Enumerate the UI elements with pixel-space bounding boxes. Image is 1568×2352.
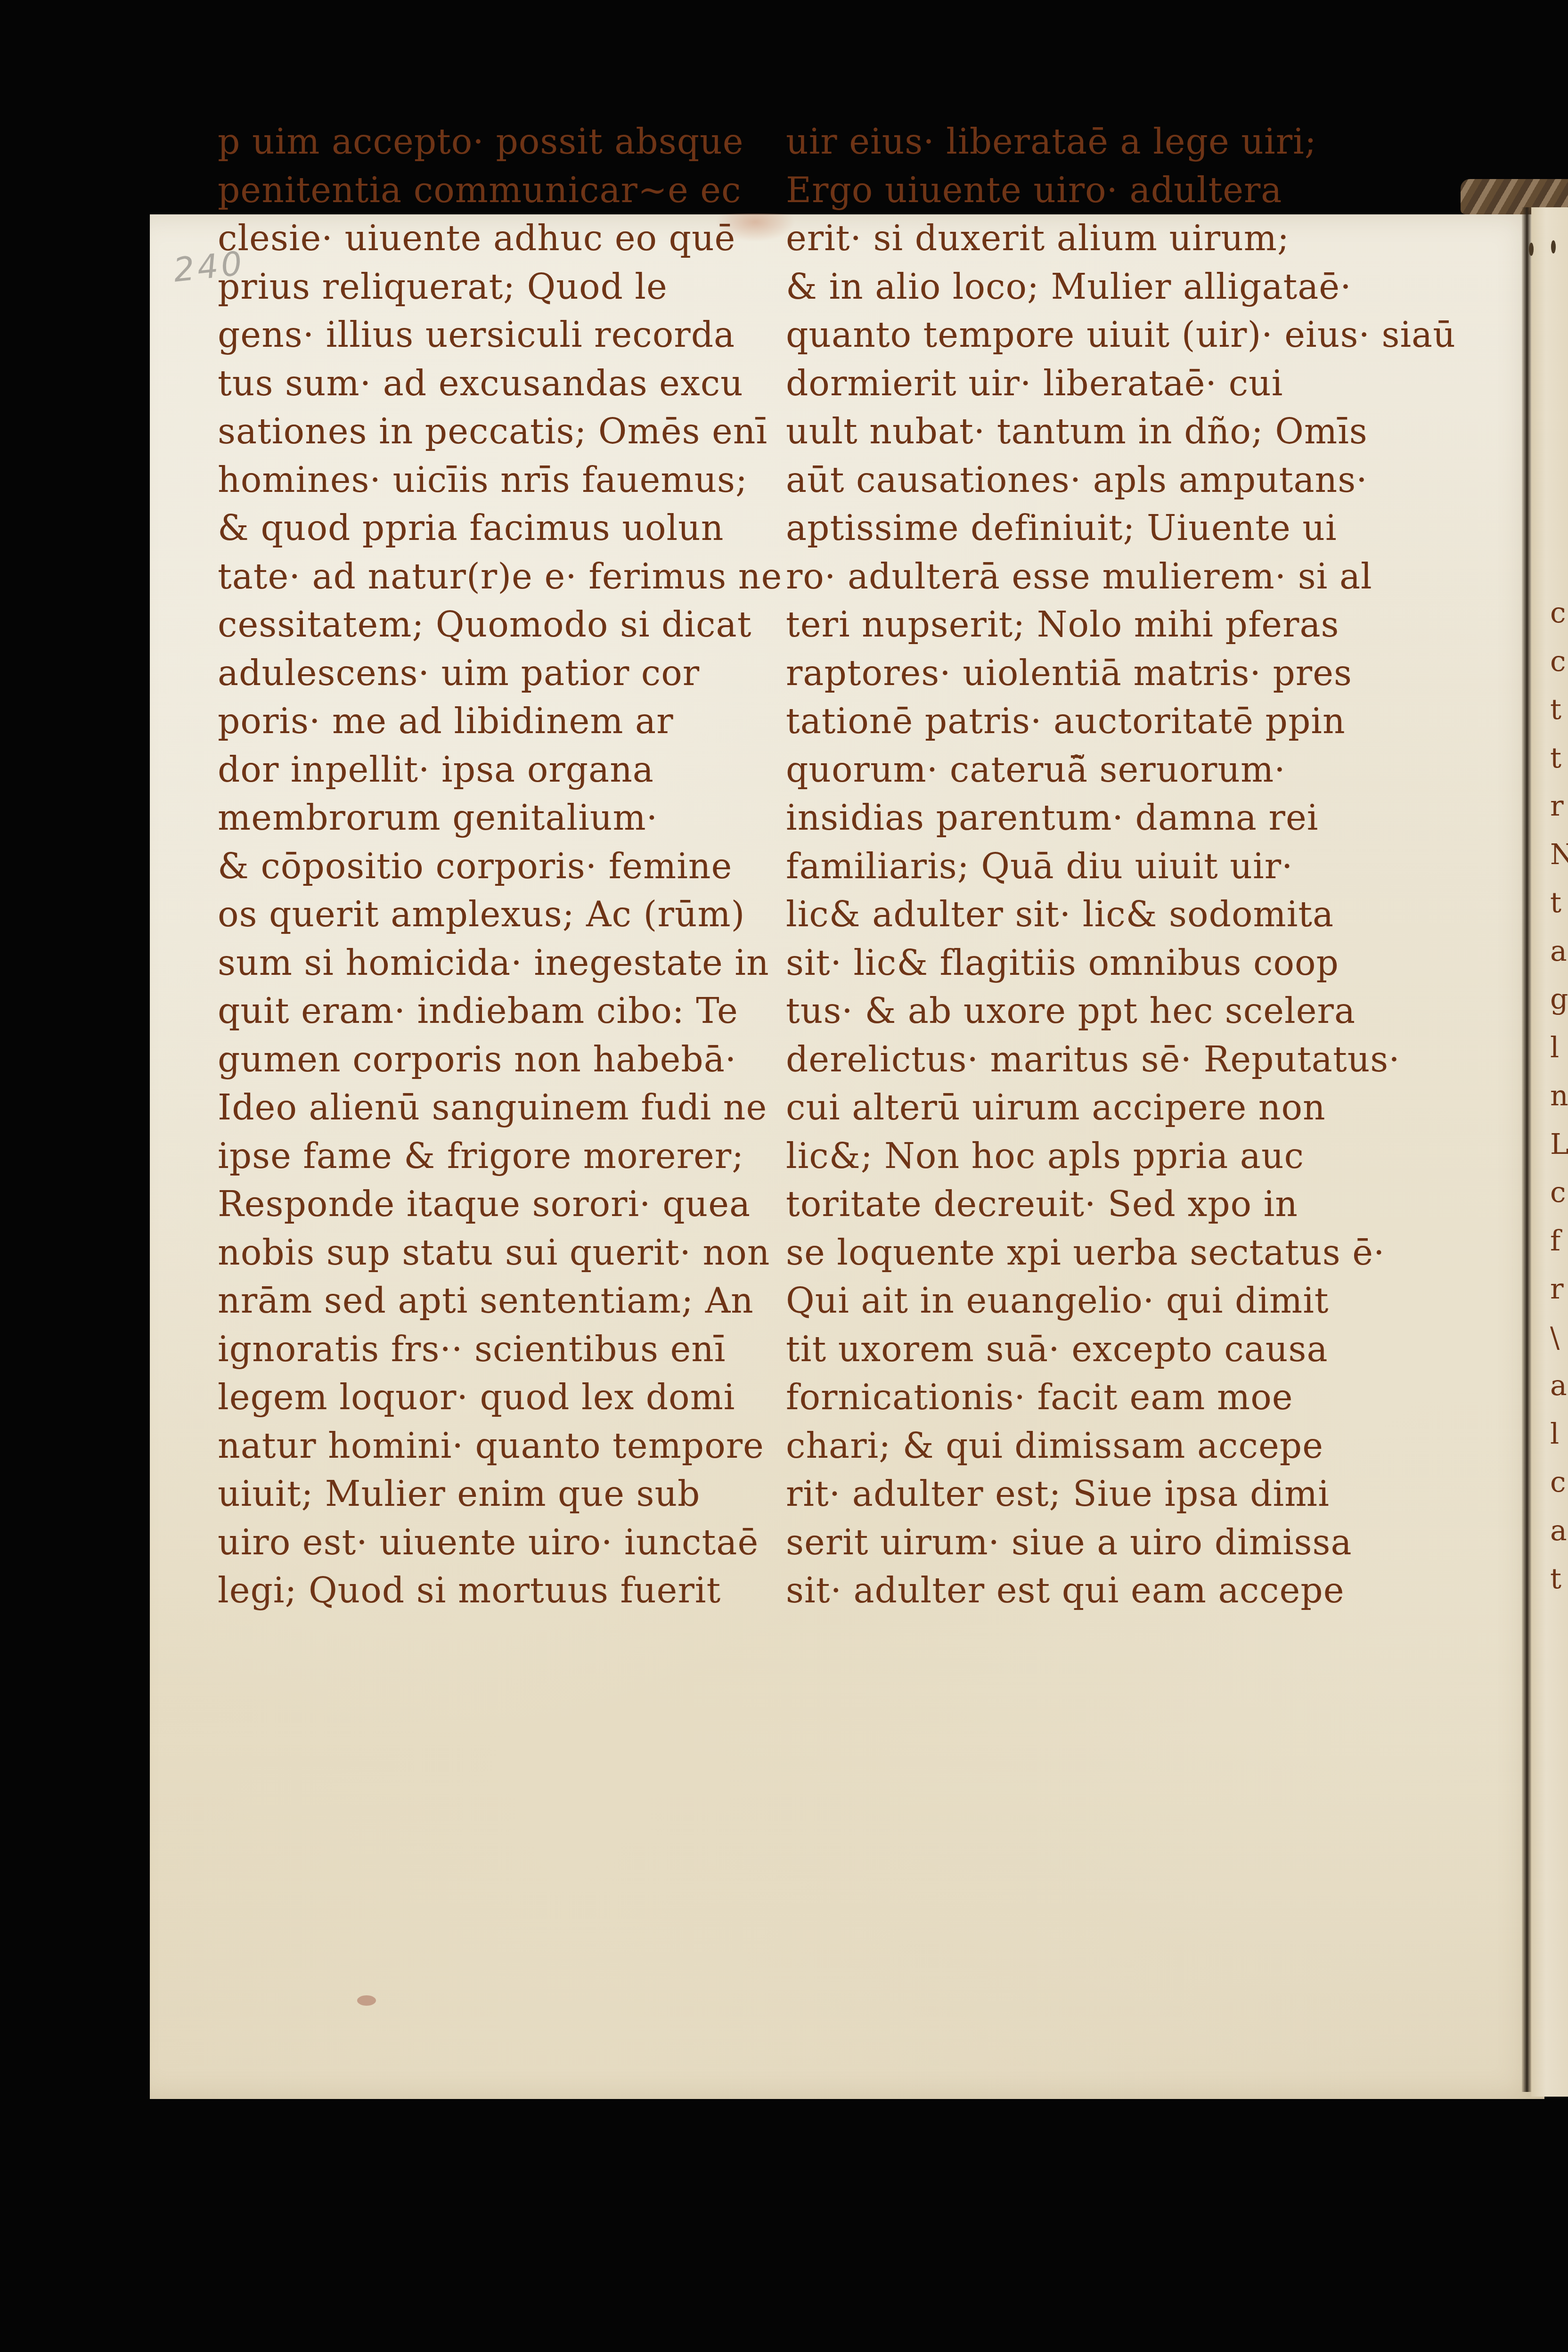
text-line: Qui ait in euangelio· qui dimit bbox=[786, 1277, 1365, 1325]
text-line: natur homini· quanto tempore bbox=[218, 1422, 769, 1470]
facing-letter: t bbox=[1550, 1555, 1568, 1603]
text-line: ro· adulterā esse mulierem· si al bbox=[786, 553, 1365, 601]
text-line: homines· uicīis nrīs fauemus; bbox=[218, 456, 769, 505]
manuscript-viewer: 240 p uim accepto· possit absquepenitent… bbox=[0, 0, 1568, 2352]
text-line: sit· lic& flagitiis omnibus coop bbox=[786, 939, 1365, 988]
text-line: dor inpellit· ipsa organa bbox=[218, 746, 769, 794]
text-line: fornicationis· facit eam moe bbox=[786, 1373, 1365, 1422]
text-line: aūt causationes· apls amputans· bbox=[786, 456, 1365, 505]
text-line: lic& adulter sit· lic& sodomita bbox=[786, 890, 1365, 939]
facing-letter: \ bbox=[1550, 1314, 1568, 1362]
text-line: & in alio loco; Mulier alligataē· bbox=[786, 263, 1365, 311]
text-line: chari; & qui dimissam accepe bbox=[786, 1422, 1365, 1470]
text-line: penitentia communicar~e ec bbox=[218, 166, 769, 215]
ink-spot bbox=[357, 1995, 376, 2006]
text-line: poris· me ad libidinem ar bbox=[218, 697, 769, 746]
facing-letter: L bbox=[1550, 1120, 1568, 1169]
text-line: legi; Quod si mortuus fuerit bbox=[218, 1567, 769, 1615]
facing-letter: c bbox=[1550, 589, 1568, 637]
text-line: tate· ad natur(r)e e· ferimus ne bbox=[218, 553, 769, 601]
text-line: legem loquor· quod lex domi bbox=[218, 1373, 769, 1422]
text-line: uiuit; Mulier enim que sub bbox=[218, 1470, 769, 1519]
facing-letter: c bbox=[1550, 1458, 1568, 1507]
text-line: quit eram· indiebam cibo: Te bbox=[218, 987, 769, 1036]
text-line: tit uxorem suā· excepto causa bbox=[786, 1325, 1365, 1374]
text-line: uir eius· liberataē a lege uiri; bbox=[786, 118, 1365, 166]
text-line: tationē patris· auctoritatē ppin bbox=[786, 697, 1365, 746]
facing-letter: t bbox=[1550, 734, 1568, 783]
text-line: familiaris; Quā diu uiuit uir· bbox=[786, 842, 1365, 891]
text-line: toritate decreuit· Sed xpo in bbox=[786, 1180, 1365, 1229]
facing-page-text: ccttrNtaglnLcfr\alcat bbox=[1550, 589, 1568, 1603]
text-line: nrām sed apti sententiam; An bbox=[218, 1277, 769, 1325]
sewing-hole bbox=[1529, 243, 1534, 256]
binding-gutter bbox=[1522, 207, 1531, 2092]
text-line: dormierit uir· liberataē· cui bbox=[786, 359, 1365, 408]
text-line: Ergo uiuente uiro· adultera bbox=[786, 166, 1365, 215]
text-line: sum si homicida· inegestate in bbox=[218, 939, 769, 988]
text-line: p uim accepto· possit absque bbox=[218, 118, 769, 166]
text-line: clesie· uiuente adhuc eo quē bbox=[218, 214, 769, 263]
text-line: uult nubat· tantum in dño; Omīs bbox=[786, 408, 1365, 456]
facing-letter: a bbox=[1550, 1507, 1568, 1555]
facing-letter: l bbox=[1550, 1024, 1568, 1072]
text-line: erit· si duxerit alium uirum; bbox=[786, 214, 1365, 263]
text-line: raptores· uiolentiā matris· pres bbox=[786, 649, 1365, 698]
text-line: sit· adulter est qui eam accepe bbox=[786, 1567, 1365, 1615]
facing-letter: r bbox=[1550, 1265, 1568, 1314]
facing-letter: l bbox=[1550, 1410, 1568, 1459]
text-line: aptissime definiuit; Uiuente ui bbox=[786, 504, 1365, 553]
text-line: gumen corporis non habebā· bbox=[218, 1036, 769, 1084]
text-line: Responde itaque sorori· quea bbox=[218, 1180, 769, 1229]
sewing-hole bbox=[1551, 240, 1556, 253]
text-line: derelictus· maritus sē· Reputatus· bbox=[786, 1036, 1365, 1084]
text-line: & quod ppria facimus uolun bbox=[218, 504, 769, 553]
facing-letter: N bbox=[1550, 831, 1568, 879]
facing-letter: c bbox=[1550, 1168, 1568, 1217]
facing-letter: t bbox=[1550, 879, 1568, 927]
facing-letter: t bbox=[1550, 686, 1568, 734]
text-line: adulescens· uim patior cor bbox=[218, 649, 769, 698]
text-line: insidias parentum· damna rei bbox=[786, 794, 1365, 842]
text-line: ignoratis frs·· scientibus enī bbox=[218, 1325, 769, 1374]
text-line: ipse fame & frigore morerer; bbox=[218, 1132, 769, 1181]
text-line: nobis sup statu sui querit· non bbox=[218, 1229, 769, 1277]
text-line: uiro est· uiuente uiro· iunctaē bbox=[218, 1519, 769, 1567]
facing-letter: f bbox=[1550, 1217, 1568, 1266]
text-column-left: p uim accepto· possit absquepenitentia c… bbox=[218, 118, 769, 1615]
text-line: se loquente xpi uerba sectatus ē· bbox=[786, 1229, 1365, 1277]
facing-letter: g bbox=[1550, 975, 1568, 1024]
text-line: cessitatem; Quomodo si dicat bbox=[218, 601, 769, 649]
text-line: prius reliquerat; Quod le bbox=[218, 263, 769, 311]
facing-letter: a bbox=[1550, 1362, 1568, 1410]
text-line: serit uirum· siue a uiro dimissa bbox=[786, 1519, 1365, 1567]
text-column-right: uir eius· liberataē a lege uiri;Ergo uiu… bbox=[786, 118, 1365, 1615]
facing-letter: c bbox=[1550, 637, 1568, 686]
text-line: sationes in peccatis; Omēs enī bbox=[218, 408, 769, 456]
text-line: membrorum genitalium· bbox=[218, 794, 769, 842]
text-line: cui alterū uirum accipere non bbox=[786, 1084, 1365, 1132]
text-line: quorum· cateruā̃ seruorum· bbox=[786, 746, 1365, 794]
text-line: teri nupserit; Nolo mihi pferas bbox=[786, 601, 1365, 649]
facing-letter: n bbox=[1550, 1072, 1568, 1120]
text-line: gens· illius uersiculi recorda bbox=[218, 311, 769, 359]
text-line: tus· & ab uxore ppt hec scelera bbox=[786, 987, 1365, 1036]
facing-letter: r bbox=[1550, 782, 1568, 831]
facing-letter: a bbox=[1550, 927, 1568, 976]
text-line: rit· adulter est; Siue ipsa dimi bbox=[786, 1470, 1365, 1519]
text-line: Ideo alienū sanguinem fudi ne bbox=[218, 1084, 769, 1132]
text-line: & cōpositio corporis· femine bbox=[218, 842, 769, 891]
text-line: lic&; Non hoc apls ppria auc bbox=[786, 1132, 1365, 1181]
text-line: os querit amplexus; Ac (rūm) bbox=[218, 890, 769, 939]
text-line: tus sum· ad excusandas excu bbox=[218, 359, 769, 408]
text-line: quanto tempore uiuit (uir)· eius· siaū bbox=[786, 311, 1365, 359]
